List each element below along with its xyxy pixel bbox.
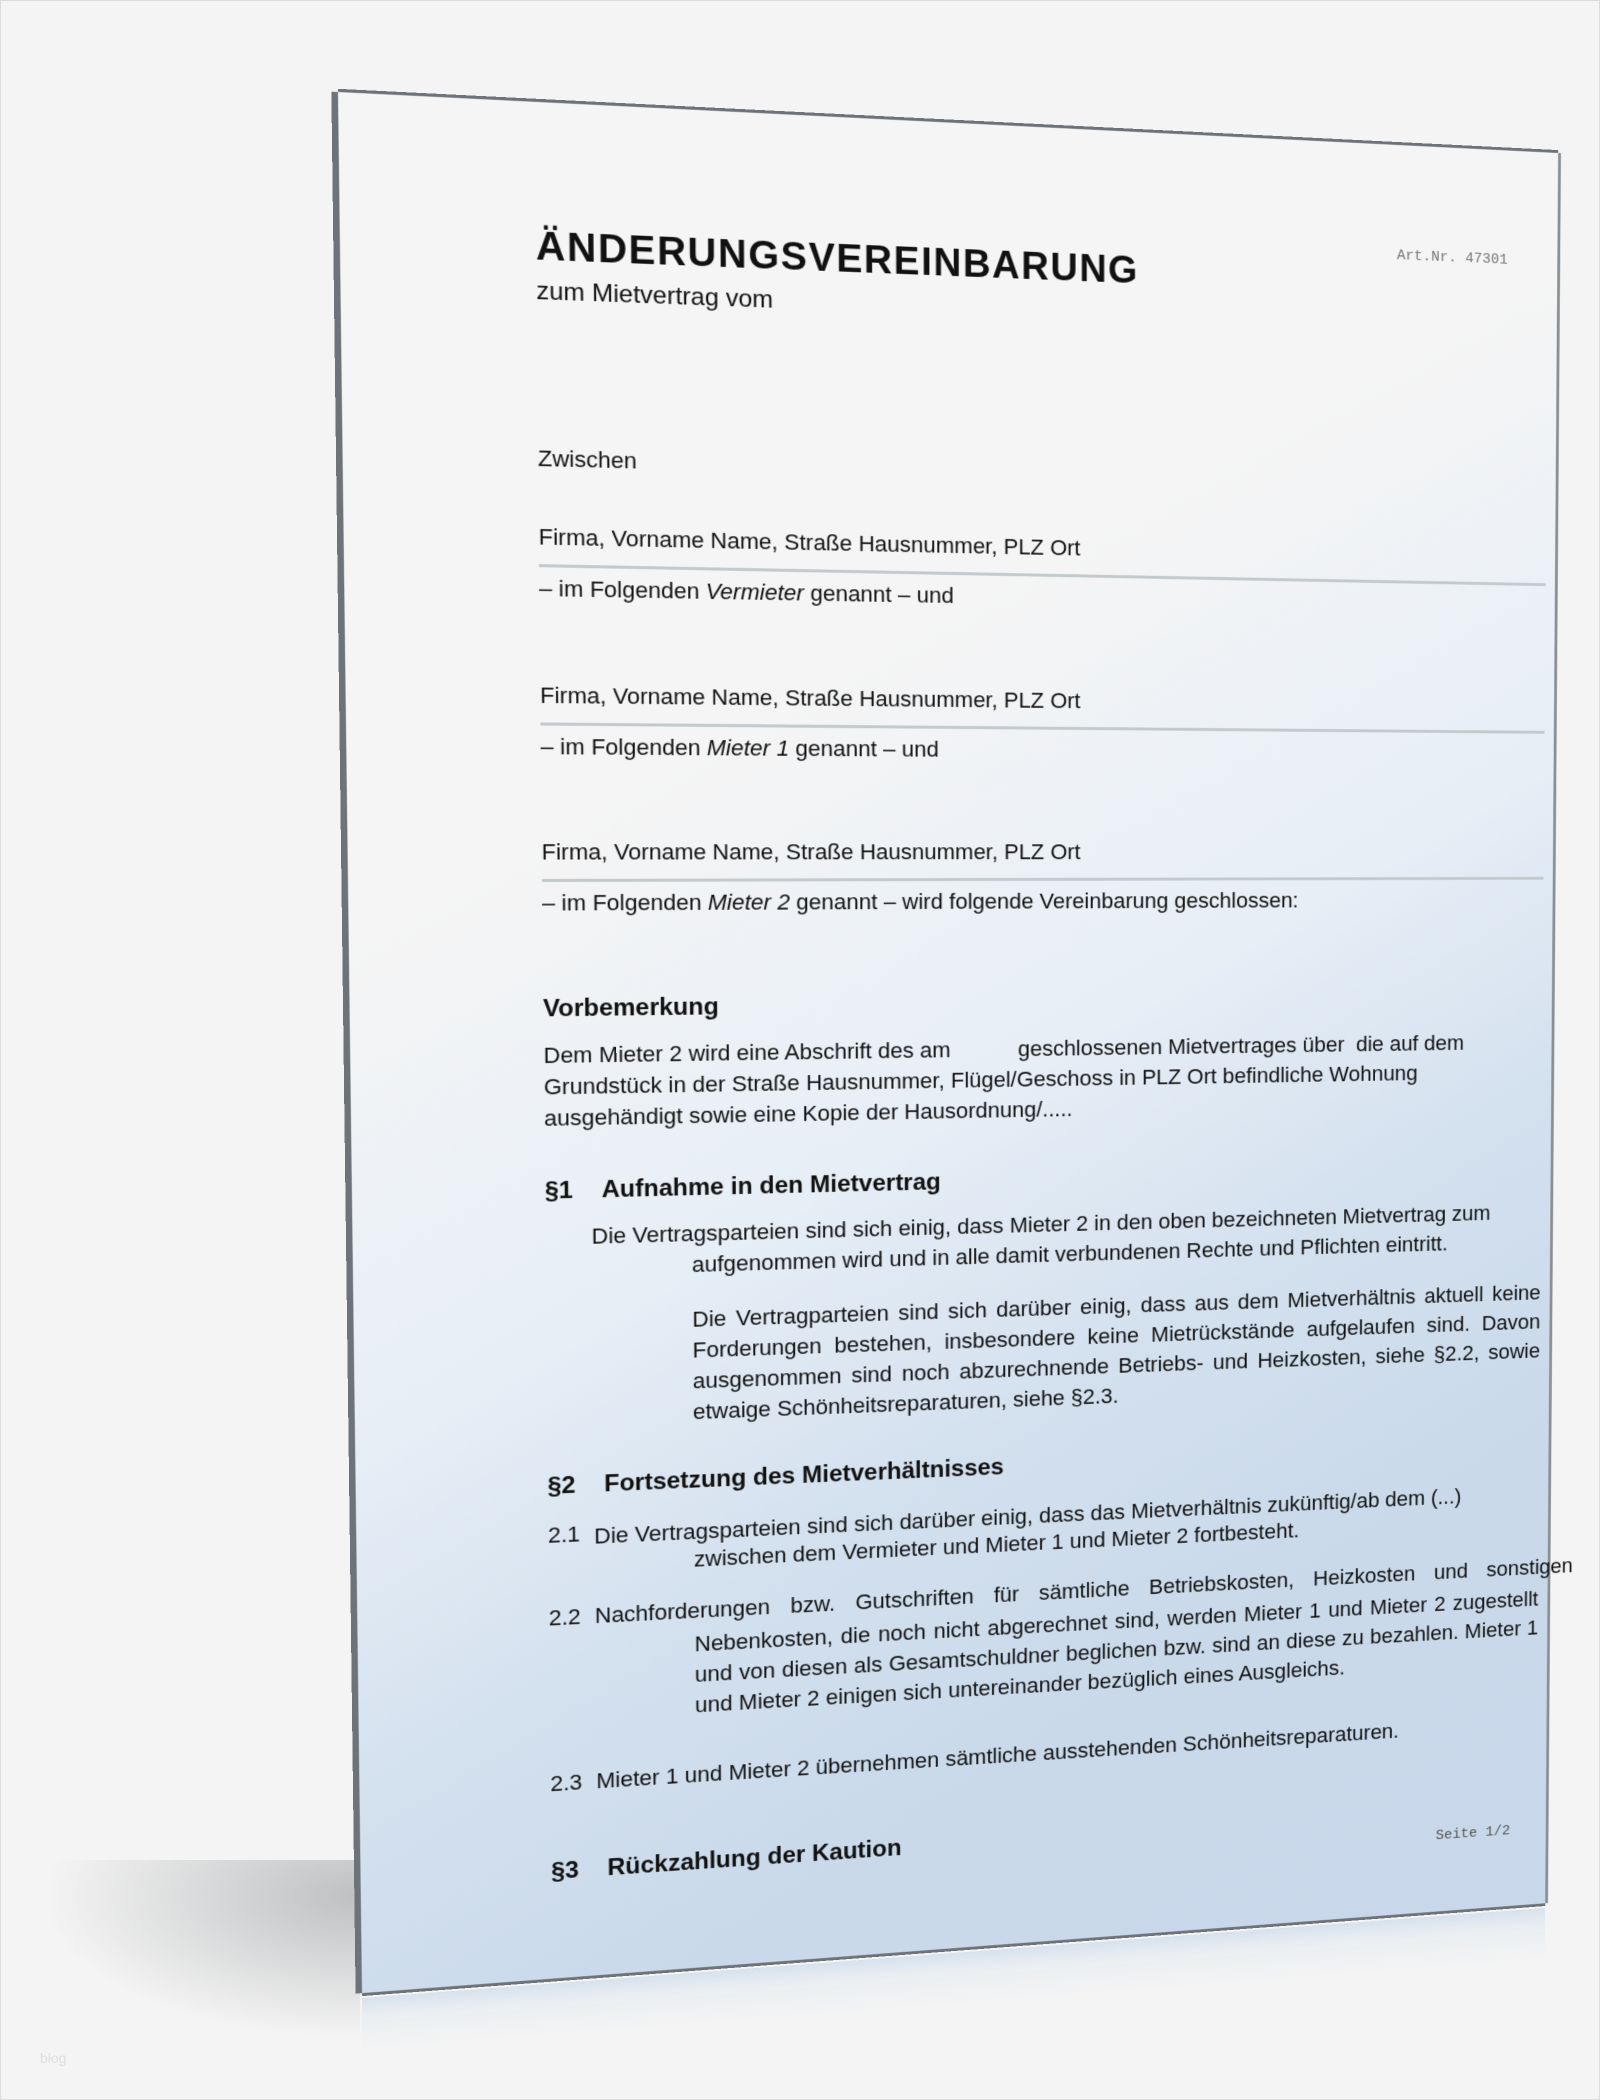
party-role-tenant-1: – im Folgenden Mieter 1 genannt – und bbox=[540, 734, 939, 763]
preamble-text: Dem Mieter 2 wird eine Abschrift des am … bbox=[543, 1028, 1464, 1134]
item-2-3-text: Mieter 1 und Mieter 2 übernehmen sämtlic… bbox=[596, 1719, 1399, 1794]
section-3-heading: §3Rückzahlung der Kaution bbox=[551, 1835, 902, 1886]
document-preview: Art.Nr. 47301 ÄNDERUNGSVEREINBARUNG zum … bbox=[0, 0, 1600, 2100]
party-role-tenant-2: – im Folgenden Mieter 2 genannt – wird f… bbox=[542, 888, 1299, 917]
item-2-3-number: 2.3 bbox=[550, 1769, 582, 1797]
role-name: Vermieter bbox=[706, 578, 804, 605]
section-1-heading: §1Aufnahme in den Mietvertrag bbox=[545, 1169, 941, 1206]
article-number: Art.Nr. 47301 bbox=[1397, 247, 1508, 268]
party-address-tenant-1: Firma, Vorname Name, Straße Hausnummer, … bbox=[540, 682, 1081, 714]
signature-line bbox=[542, 877, 1544, 882]
page-indicator: Seite 1/2 bbox=[1436, 1823, 1511, 1844]
intro-text: Zwischen bbox=[538, 445, 637, 474]
preamble-heading: Vorbemerkung bbox=[543, 993, 719, 1023]
party-role-landlord: – im Folgenden Vermieter genannt – und bbox=[539, 575, 954, 609]
party-address-landlord: Firma, Vorname Name, Straße Hausnummer, … bbox=[538, 524, 1080, 562]
item-2-1-number: 2.1 bbox=[548, 1521, 580, 1548]
watermark-text: blog bbox=[40, 2050, 66, 2066]
role-name: Mieter 2 bbox=[708, 889, 790, 914]
role-name: Mieter 1 bbox=[707, 735, 790, 761]
section-number: §3 bbox=[551, 1855, 607, 1886]
document-subtitle: zum Mietvertrag vom bbox=[536, 277, 773, 315]
document-page: Art.Nr. 47301 ÄNDERUNGSVEREINBARUNG zum … bbox=[338, 92, 1558, 1993]
section-number: §1 bbox=[545, 1176, 602, 1206]
section-1-paragraph-2: Die Vertragparteien sind sich darüber ei… bbox=[692, 1278, 1540, 1427]
item-2-2-number: 2.2 bbox=[549, 1604, 581, 1632]
section-number: §2 bbox=[547, 1471, 604, 1501]
party-address-tenant-2: Firma, Vorname Name, Straße Hausnummer, … bbox=[541, 839, 1080, 866]
signature-line bbox=[540, 722, 1544, 733]
section-2-heading: §2Fortsetzung des Mietverhältnisses bbox=[547, 1454, 1003, 1501]
